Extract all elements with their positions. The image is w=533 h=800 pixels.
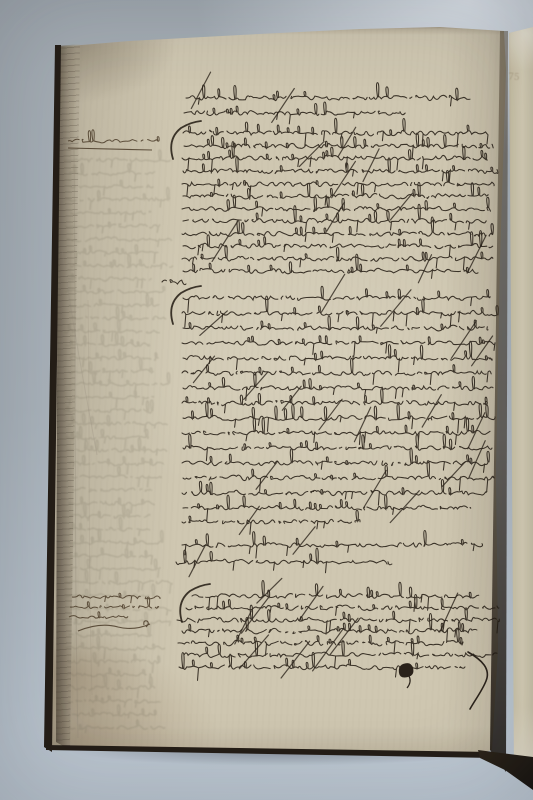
marginal-note-dower-transcript: Reste en douayre <box>62 129 63 130</box>
photo-of-manuscript: 75 Reste en douayre Mariage de Madame Ma… <box>0 0 533 800</box>
folio-number: 75 <box>508 71 527 86</box>
bound-register: 75 Reste en douayre Mariage de Madame Ma… <box>0 0 533 800</box>
marginal-note-marriage: Mariage de Madame Marguerite seule seur … <box>64 589 166 639</box>
ink-blot <box>399 663 414 688</box>
body-text-ink <box>162 83 499 681</box>
verso-showthrough <box>64 150 173 733</box>
handwriting-layer <box>0 0 533 800</box>
closing-paraph <box>468 652 487 709</box>
marginal-note-marriage-transcript: Mariage de Madame Marguerite seule seur … <box>64 589 65 590</box>
marginal-note-dower: Reste en douayre <box>62 129 166 154</box>
